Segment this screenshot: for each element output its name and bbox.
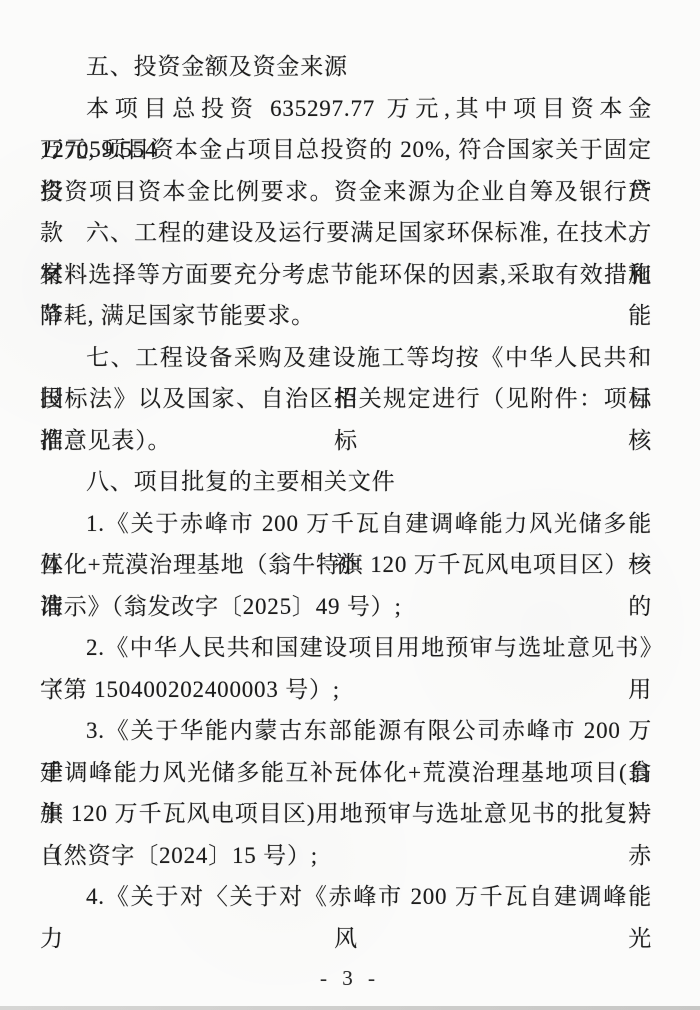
doc-line: 投资项目资本金比例要求。资金来源为企业自筹及银行贷款。 (40, 171, 652, 213)
scan-edge-artifact (0, 1006, 700, 1010)
doc-line: 2.《中华人民共和国建设项目用地预审与选址意见书》（用 (40, 627, 652, 669)
related-doc-item-2: 2.《中华人民共和国建设项目用地预审与选址意见书》（用 字第 150400202… (40, 627, 652, 710)
doc-line: 4.《关于对〈关于对《赤峰市 200 万千瓦自建调峰能力风光 (40, 876, 652, 918)
section-6: 六、工程的建设及运行要满足国家环保标准, 在技术方案和 材料选择等方面要充分考虑… (40, 212, 652, 337)
page-number: - 3 - (0, 966, 700, 991)
doc-line: 八、项目批复的主要相关文件 (40, 461, 652, 503)
doc-line: 旗 120 万千瓦风电项目区)用地预审与选址意见书的批复》（赤 (40, 793, 652, 835)
doc-line: 1.《关于赤峰市 200 万千瓦自建调峰能力风光储多能互补一 (40, 503, 652, 545)
doc-line: 万元, 项目资本金占项目总投资的 20%, 符合国家关于固定资产 (40, 129, 652, 171)
doc-line: 本项目总投资 635297.77 万元,其中项目资本金 127059.554 (40, 88, 652, 130)
section-5-body: 本项目总投资 635297.77 万元,其中项目资本金 127059.554 万… (40, 88, 652, 213)
doc-line: 建调峰能力风光储多能互补一体化+荒漠治理基地项目(翁牛特 (40, 752, 652, 794)
document-page: 五、投资金额及资金来源 本项目总投资 635297.77 万元,其中项目资本金 … (0, 0, 700, 1010)
doc-line: 五、投资金额及资金来源 (40, 46, 652, 88)
related-doc-item-4: 4.《关于对〈关于对《赤峰市 200 万千瓦自建调峰能力风光 (40, 876, 652, 918)
doc-line: 七、工程设备采购及建设施工等均按《中华人民共和国招标 (40, 337, 652, 379)
doc-line: 3.《关于华能内蒙古东部能源有限公司赤峰市 200 万千瓦自 (40, 710, 652, 752)
section-5-heading: 五、投资金额及资金来源 (40, 46, 652, 88)
section-7: 七、工程设备采购及建设施工等均按《中华人民共和国招标 投标法》以及国家、自治区相… (40, 337, 652, 462)
related-doc-item-1: 1.《关于赤峰市 200 万千瓦自建调峰能力风光储多能互补一 体化+荒漠治理基地… (40, 503, 652, 628)
document-body: 五、投资金额及资金来源 本项目总投资 635297.77 万元,其中项目资本金 … (40, 46, 652, 918)
related-doc-item-3: 3.《关于华能内蒙古东部能源有限公司赤峰市 200 万千瓦自 建调峰能力风光储多… (40, 710, 652, 876)
doc-line: 体化+荒漠治理基地（翁牛特旗 120 万千瓦风电项目区）核准的 (40, 544, 652, 586)
doc-line: 六、工程的建设及运行要满足国家环保标准, 在技术方案和 (40, 212, 652, 254)
doc-line: 投标法》以及国家、自治区相关规定进行（见附件：项目招标核 (40, 378, 652, 420)
section-8-heading: 八、项目批复的主要相关文件 (40, 461, 652, 503)
doc-line: 材料选择等方面要充分考虑节能环保的因素,采取有效措施节能 (40, 254, 652, 296)
